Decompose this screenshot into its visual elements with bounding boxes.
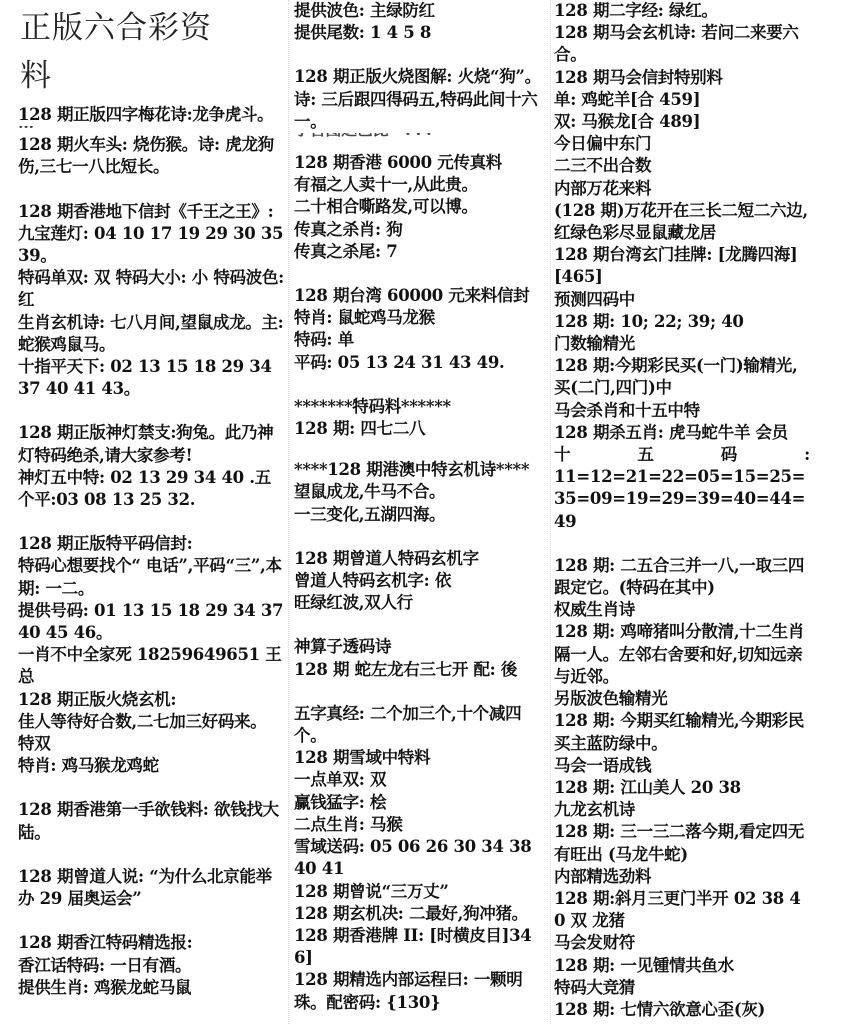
text-line: 单: 鸡蛇羊[合 459] <box>554 89 810 111</box>
text-line: 128 期: 一见锺情共鱼水 <box>554 955 810 977</box>
text-line: 128 期二字经: 绿红。 <box>554 0 810 22</box>
text-line: 128 期: 三一三二落今期,看定四无有旺出 (马龙牛蛇) <box>554 821 810 865</box>
text-line: 128 期正版神灯禁支:狗兔。此乃神灯特码绝杀,请大家参考! <box>18 422 286 466</box>
text-line: 九宝莲灯: 04 10 17 19 29 30 35 39。 <box>18 223 286 267</box>
text-line: 曾道人特码玄机字: 依 <box>294 570 548 592</box>
text-line: 128 期香港牌 II: [时横皮目]346] <box>294 925 548 969</box>
text-line: 128 期正版火烧玄机: <box>18 689 286 711</box>
text-line: 望鼠成龙,牛马不合。 <box>294 481 548 503</box>
page-title-line: 正版六合彩资 <box>20 4 286 52</box>
column-right: 128 期二字经: 绿红。128 期马会玄机诗: 若问二来要六合。128 期马会… <box>554 0 810 1021</box>
clipped-text-line: ... —— ——————————————— —— <box>18 126 286 134</box>
text-line: 神算子透码诗 <box>294 636 548 658</box>
text-line: 内部精选劲料 <box>554 866 810 888</box>
column-middle-body: 提供波色: 主绿防红提供尾数: 1 4 5 8128 期正版火烧图解: 火烧“狗… <box>294 0 548 1014</box>
spread-char: 五 <box>637 444 653 466</box>
text-line: 一点单双: 双 <box>294 769 548 791</box>
page-title-line: 料 <box>20 52 286 100</box>
spacer <box>294 526 548 548</box>
text-line: 二十相合嘶路发,可以博。 <box>294 196 548 218</box>
text-line: 128 期: 10; 22; 39; 40 <box>554 311 810 333</box>
text-line: 128 期: 二五合三并一八,一取三四跟定它。(特码在其中) <box>554 555 810 599</box>
page-title: 正版六合彩资 料 <box>20 4 286 100</box>
text-line: 一三变化,五湖四海。 <box>294 504 548 526</box>
text-line: 128 期玄机决: 二最好,狗冲猪。 <box>294 903 548 925</box>
clipped-text: 小吉图运已比 - . . . <box>294 133 548 141</box>
text-line: 128 期杀五肖: 虎马蛇牛羊 会员 <box>554 422 810 444</box>
text-line: 128 期: 鸡啼猪叫分散清,十二生肖隔一人。左邻右舍要和好,切知远亲与近邻。 <box>554 621 810 688</box>
text-line: 128 期马会信封特别料 <box>554 67 810 89</box>
text-line: 128 期曾说“三万丈” <box>294 881 548 903</box>
spread-char: 码 <box>721 444 737 466</box>
text-line: 二点生肖: 马猴 <box>294 814 548 836</box>
text-line: 传真之杀尾: 7 <box>294 241 548 263</box>
column-divider <box>288 0 290 1024</box>
text-line: 马会杀肖和十五中特 <box>554 400 810 422</box>
text-line: 雪域送码: 05 06 26 30 34 38 40 41 <box>294 836 548 880</box>
text-line: 有福之人卖十一,从此贵。 <box>294 174 548 196</box>
text-line: 特肖: 鸡马猴龙鸡蛇 <box>18 755 286 777</box>
text-line: 门数输精光 <box>554 333 810 355</box>
spacer <box>18 910 286 932</box>
spacer <box>294 374 548 396</box>
text-line: 128 期香江特码精选报: <box>18 932 286 954</box>
text-line: 128 期火车头: 烧伤猴。诗: 虎龙狗伤,三七一八比短长。 <box>18 134 286 178</box>
text-line: 128 期 蛇左龙右三七开 配: 後 <box>294 659 548 681</box>
text-line: 一肖不中全家死 18259649651 王总 <box>18 644 286 688</box>
text-line: 权威生肖诗 <box>554 599 810 621</box>
text-line: 提供尾数: 1 4 5 8 <box>294 22 548 44</box>
text-line: ****128 期港澳中特玄机诗**** <box>294 459 548 481</box>
column-left: 正版六合彩资 料 128 期正版四字梅花诗:龙争虎斗。... —— ——————… <box>18 0 286 999</box>
text-line: 九龙玄机诗 <box>554 799 810 821</box>
clipped-text: ... —— ——————————————— —— <box>18 126 286 134</box>
text-line: 传真之杀肖: 狗 <box>294 219 548 241</box>
spacer <box>294 614 548 636</box>
text-line: 128 期: 七情六欲意心歪(灰) <box>554 999 810 1021</box>
text-line: 128 期香港第一手欲钱料: 欲钱找大陆。 <box>18 799 286 843</box>
spacer <box>18 844 286 866</box>
text-line: 128 期香港 6000 元传真料 <box>294 152 548 174</box>
text-line: 提供生肖: 鸡猴龙蛇马鼠 <box>18 977 286 999</box>
text-line: 128 期精选内部运程曰: 一颗明珠。配密码: {130} <box>294 969 548 1013</box>
text-line: 佳人等待好合数,二七加三好码来。 <box>18 711 286 733</box>
clipped-text-line: 小吉图运已比 - . . . <box>294 133 548 141</box>
text-line: 十指平天下: 02 13 15 18 29 34 37 40 41 43。 <box>18 356 286 400</box>
clipped-text-line: ' '' ' ' '' ' ' <box>294 440 548 448</box>
text-line: 特肖: 鼠蛇鸡马龙猴 <box>294 307 548 329</box>
spacer <box>294 44 548 66</box>
spread-char: 十 <box>554 444 570 466</box>
text-line: 内部万花来料 <box>554 178 810 200</box>
text-line: 128 期曾道人说: “为什么北京能举办 29 届奥运会” <box>18 866 286 910</box>
text-line: 香江话特码: 一日有酒。 <box>18 955 286 977</box>
text-line: 特码单双: 双 特码大小: 小 特码波色: 红 <box>18 267 286 311</box>
spacer <box>18 511 286 533</box>
text-line: 128 期马会玄机诗: 若问二来要六合。 <box>554 22 810 66</box>
spacer <box>554 533 810 555</box>
text-line: 五字真经: 二个加三个,十个减四个。 <box>294 703 548 747</box>
text-line: *******特码料****** <box>294 396 548 418</box>
text-line: 生肖玄机诗: 七八月间,望鼠成龙。主: 蛇猴鸡鼠马。 <box>18 312 286 356</box>
text-line: 特码大竞猜 <box>554 977 810 999</box>
text-line: 提供号码: 01 13 15 18 29 34 37 40 45 46。 <box>18 600 286 644</box>
text-line: 128 期:斜月三更门半开 02 38 40 双 龙猪 <box>554 888 810 932</box>
spacer <box>294 681 548 703</box>
spread-char: : <box>804 444 810 466</box>
text-line: 128 期正版火烧图解: 火烧“狗”。诗: 三后跟四得码五,特码此间十六一。 <box>294 66 548 133</box>
text-line: 128 期台湾玄门挂牌: [龙腾四海][465] <box>554 244 810 288</box>
spread-text-line: 十五码: <box>554 444 810 466</box>
text-line: 11=12=21=22=05=15=25=35=09=19=29=39=40=4… <box>554 466 810 533</box>
text-line: 128 期台湾 60000 元来料信封 <box>294 285 548 307</box>
text-line: 二三不出合数 <box>554 155 810 177</box>
text-line: 马会发财符 <box>554 932 810 954</box>
text-line: 128 期正版特平码信封: <box>18 533 286 555</box>
column-middle: 提供波色: 主绿防红提供尾数: 1 4 5 8128 期正版火烧图解: 火烧“狗… <box>294 0 548 1014</box>
column-right-body: 128 期二字经: 绿红。128 期马会玄机诗: 若问二来要六合。128 期马会… <box>554 0 810 1021</box>
spacer <box>294 448 548 459</box>
text-line: 128 期香港地下信封《千王之王》: <box>18 201 286 223</box>
spacer <box>18 179 286 201</box>
column-left-body: 128 期正版四字梅花诗:龙争虎斗。... —— ———————————————… <box>18 104 286 999</box>
text-line: 神灯五中特: 02 13 29 34 40 .五个平:03 08 13 25 3… <box>18 467 286 511</box>
spacer <box>18 400 286 422</box>
text-line: 特码: 单 <box>294 329 548 351</box>
text-line: 旺绿红波,双人行 <box>294 592 548 614</box>
text-line: 128 期曾道人特码玄机字 <box>294 548 548 570</box>
spacer <box>294 263 548 285</box>
text-line: 提供波色: 主绿防红 <box>294 0 548 22</box>
spacer <box>18 777 286 799</box>
text-line: 128 期雪域中特料 <box>294 747 548 769</box>
text-line: 特双 <box>18 733 286 755</box>
text-line: 赢钱猛字: 桧 <box>294 792 548 814</box>
text-line: 另版波色输精光 <box>554 688 810 710</box>
text-line: 128 期: 今期买红输精光,今期彩民买主蓝防绿中。 <box>554 710 810 754</box>
text-line: 马会一语成钱 <box>554 755 810 777</box>
text-line: 128 期:今期彩民买(一门)输精光,买(二门,四门)中 <box>554 355 810 399</box>
text-line: 预测四码中 <box>554 289 810 311</box>
text-line: 特码心想要找个“ 电话”,平码“三”,本期: 一二。 <box>18 555 286 599</box>
column-divider <box>550 0 552 1024</box>
text-line: 双: 马猴龙[合 489] <box>554 111 810 133</box>
text-line: 今日偏中东门 <box>554 133 810 155</box>
spacer <box>294 141 548 152</box>
text-line: (128 期)万花开在三长二短二六边,红绿色彩尽显鼠藏龙居 <box>554 200 810 244</box>
clipped-text: ' '' ' ' '' ' ' <box>294 440 548 448</box>
text-line: 平码: 05 13 24 31 43 49. <box>294 352 548 374</box>
text-line: 128 期: 四七二八 <box>294 418 548 440</box>
text-line: 128 期: 江山美人 20 38 <box>554 777 810 799</box>
text-line: 128 期正版四字梅花诗:龙争虎斗。 <box>18 104 286 126</box>
